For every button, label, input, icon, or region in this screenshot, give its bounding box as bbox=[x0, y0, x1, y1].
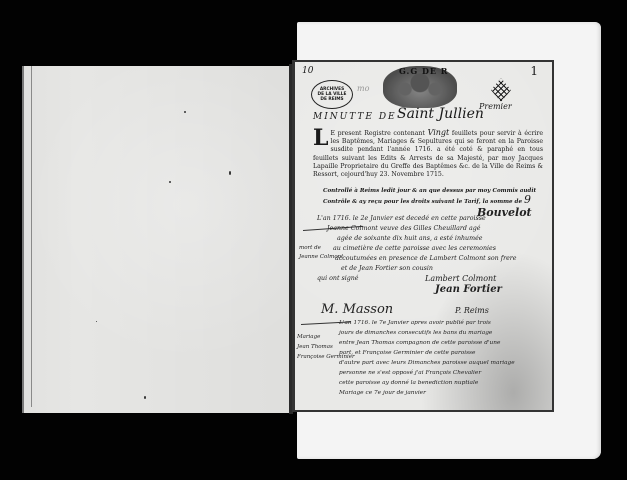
dropcap-letter: L bbox=[313, 129, 328, 147]
ink-spot bbox=[184, 111, 186, 113]
handwritten-leaf-count: Vingt bbox=[428, 128, 450, 137]
ink-spot bbox=[169, 181, 171, 183]
signature-lambert-colmont: Lambert Colmont bbox=[425, 274, 496, 283]
entry2-text: L'an 1716. le 7e Janvier apres avoir pub… bbox=[339, 318, 515, 398]
entry1-margin-note: mort de Jeanne Colmont bbox=[299, 244, 343, 262]
signature-masson: M. Masson bbox=[321, 302, 393, 317]
entry2-margin-note: Mariage Jean Thomas Françoise Germinier bbox=[297, 332, 355, 362]
faint-stamp-mark: mo bbox=[357, 84, 369, 93]
folio-number: 1 bbox=[530, 64, 538, 78]
control-tax-block: Controllé à Reims ledit jour & an que de… bbox=[323, 188, 545, 206]
left-blank-page bbox=[22, 66, 292, 413]
signature-reims: P. Reims bbox=[455, 306, 489, 315]
printed-certification-block: L E present Registre contenant Vingt feu… bbox=[313, 129, 543, 179]
handwritten-parish-name: Saint Jullien bbox=[397, 106, 484, 122]
page-margin-line bbox=[31, 66, 32, 407]
ink-spot bbox=[144, 396, 146, 399]
folio-corner-mark: 10 bbox=[302, 66, 313, 76]
control-amount: 9 bbox=[524, 193, 531, 206]
printed-title: MINUTTE DE bbox=[313, 112, 397, 122]
ink-spot bbox=[96, 321, 97, 322]
ink-spot bbox=[229, 171, 231, 175]
premier-label: Premier bbox=[479, 102, 512, 111]
signature-jean-fortier: Jean Fortier bbox=[435, 284, 502, 295]
tax-lattice-mark-icon bbox=[491, 78, 511, 102]
document-scan: 10 1 ARCHIVES DE LA VILLE DE REIMS mo G.… bbox=[0, 0, 627, 480]
register-page: 10 1 ARCHIVES DE LA VILLE DE REIMS mo G.… bbox=[292, 60, 554, 412]
seal-text: G.G DE R bbox=[399, 66, 448, 76]
archive-stamp: ARCHIVES DE LA VILLE DE REIMS bbox=[311, 80, 353, 109]
